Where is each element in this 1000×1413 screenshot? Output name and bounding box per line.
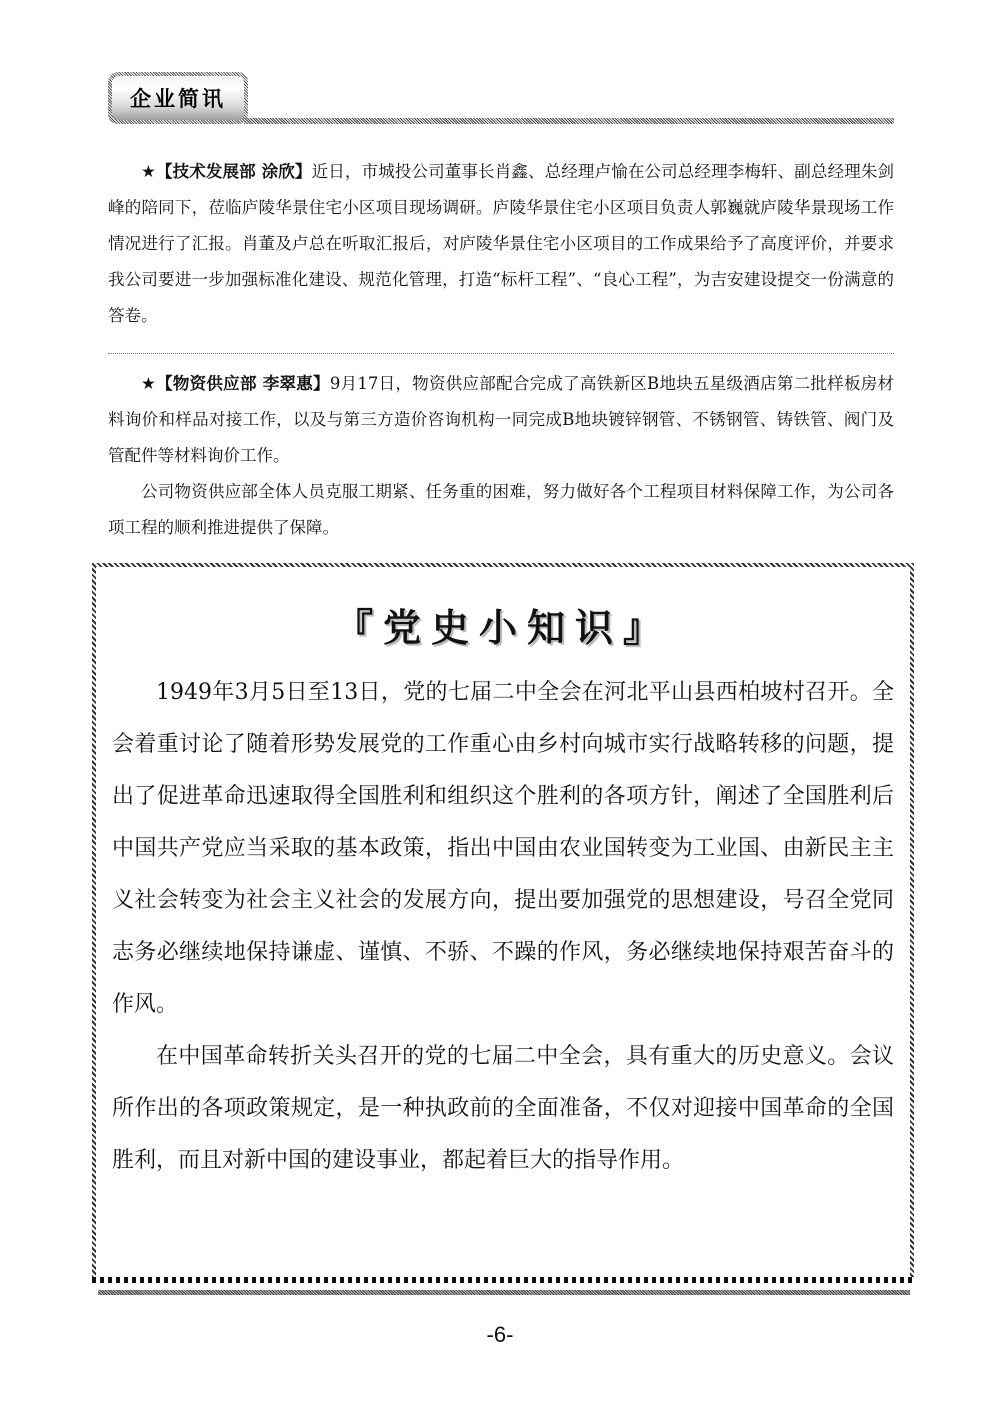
news-item-tech-dept: ★【技术发展部 涂欣】近日，市城投公司董事长肖鑫、总经理卢愉在公司总经理李梅轩、… <box>108 154 894 334</box>
section-title: 企业简讯 <box>112 76 244 120</box>
star-icon: ★ <box>141 162 156 181</box>
box-paragraph: 1949年3月5日至13日，党的七届二中全会在河北平山县西柏坡村召开。全会着重讨… <box>112 667 894 1031</box>
party-history-box: 『党史小知识』 1949年3月5日至13日，党的七届二中全会在河北平山县西柏坡村… <box>92 563 914 1283</box>
box-body: 1949年3月5日至13日，党的七届二中全会在河北平山县西柏坡村召开。全会着重讨… <box>112 667 894 1187</box>
page-number: -6- <box>0 1322 1000 1348</box>
section-header-tab: 企业简讯 <box>108 72 248 124</box>
news-item-supply-dept: ★【物资供应部 李翠惠】9月17日，物资供应部配合完成了高铁新区B地块五星级酒店… <box>108 366 894 546</box>
news-paragraph: ★【物资供应部 李翠惠】9月17日，物资供应部配合完成了高铁新区B地块五星级酒店… <box>108 366 894 474</box>
box-paragraph: 在中国革命转折关头召开的党的七届二中全会，具有重大的历史意义。会议所作出的各项政… <box>112 1031 894 1187</box>
news-text: 近日，市城投公司董事长肖鑫、总经理卢愉在公司总经理李梅轩、副总经理朱剑峰的陪同下… <box>108 162 894 325</box>
header-rule <box>244 118 894 124</box>
news-byline: 【物资供应部 李翠惠】 <box>156 374 330 393</box>
box-bottom-rule <box>98 1290 910 1295</box>
news-byline: 【技术发展部 涂欣】 <box>156 162 312 181</box>
star-icon: ★ <box>141 374 156 393</box>
news-paragraph: 公司物资供应部全体人员克服工期紧、任务重的困难，努力做好各个工程项目材料保障工作… <box>108 474 894 546</box>
box-title: 『党史小知识』 <box>96 597 910 652</box>
dotted-divider <box>108 353 894 355</box>
news-paragraph: ★【技术发展部 涂欣】近日，市城投公司董事长肖鑫、总经理卢愉在公司总经理李梅轩、… <box>108 154 894 334</box>
